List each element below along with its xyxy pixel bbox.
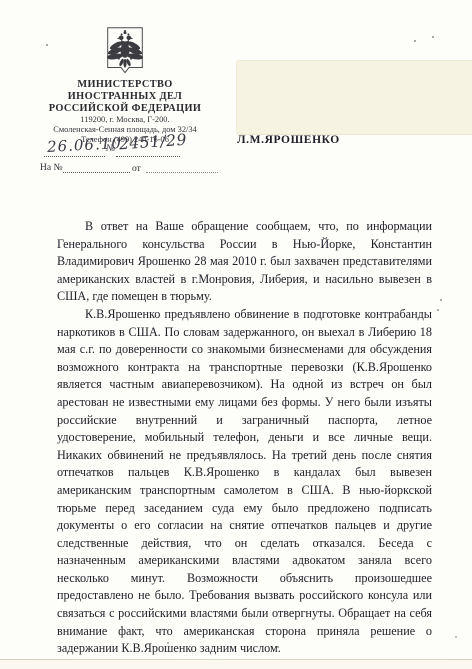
scan-background-strip bbox=[0, 660, 472, 669]
address-line: 119200, г. Москва, Г-200. bbox=[30, 115, 220, 125]
scan-speckle bbox=[437, 309, 439, 311]
scan-speckle bbox=[414, 40, 416, 42]
scanned-letter-page: МИНИСТЕРСТВО ИНОСТРАННЫХ ДЕЛ РОССИЙСКОЙ … bbox=[0, 0, 472, 669]
body-paragraph: К.В.Ярошенко предъявлено обвинение в под… bbox=[57, 306, 432, 658]
scan-speckle bbox=[167, 642, 169, 644]
reference-date-blank bbox=[146, 172, 218, 173]
reference-na-label: На № bbox=[40, 163, 63, 173]
letter-body: В ответ на Ваше обращение сообщаем, что,… bbox=[57, 218, 432, 658]
coat-of-arms-icon bbox=[107, 27, 143, 74]
scan-speckle bbox=[440, 299, 442, 301]
paper-overlay-strip bbox=[236, 60, 472, 135]
scan-speckle bbox=[432, 36, 434, 38]
scan-speckle bbox=[46, 44, 48, 46]
body-paragraph: В ответ на Ваше обращение сообщаем, что,… bbox=[57, 218, 432, 306]
scan-speckle bbox=[277, 646, 279, 648]
reference-ot-label: от bbox=[132, 164, 141, 174]
ministry-name: МИНИСТЕРСТВО ИНОСТРАННЫХ ДЕЛ РОССИЙСКОЙ … bbox=[30, 79, 220, 114]
ministry-line: РОССИЙСКОЙ ФЕДЕРАЦИИ bbox=[30, 103, 220, 115]
scan-speckle bbox=[455, 636, 457, 638]
reference-number-blank bbox=[63, 172, 130, 173]
number-sign: № bbox=[106, 143, 115, 154]
ministry-line: МИНИСТЕРСТВО bbox=[30, 79, 220, 91]
addressee-name: Л.М.ЯРОШЕНКО bbox=[237, 134, 340, 146]
ministry-line: ИНОСТРАННЫХ ДЕЛ bbox=[30, 91, 220, 103]
handwritten-outgoing-number: 2451/29 bbox=[118, 131, 187, 154]
number-underline bbox=[116, 156, 180, 157]
date-underline bbox=[44, 156, 105, 157]
